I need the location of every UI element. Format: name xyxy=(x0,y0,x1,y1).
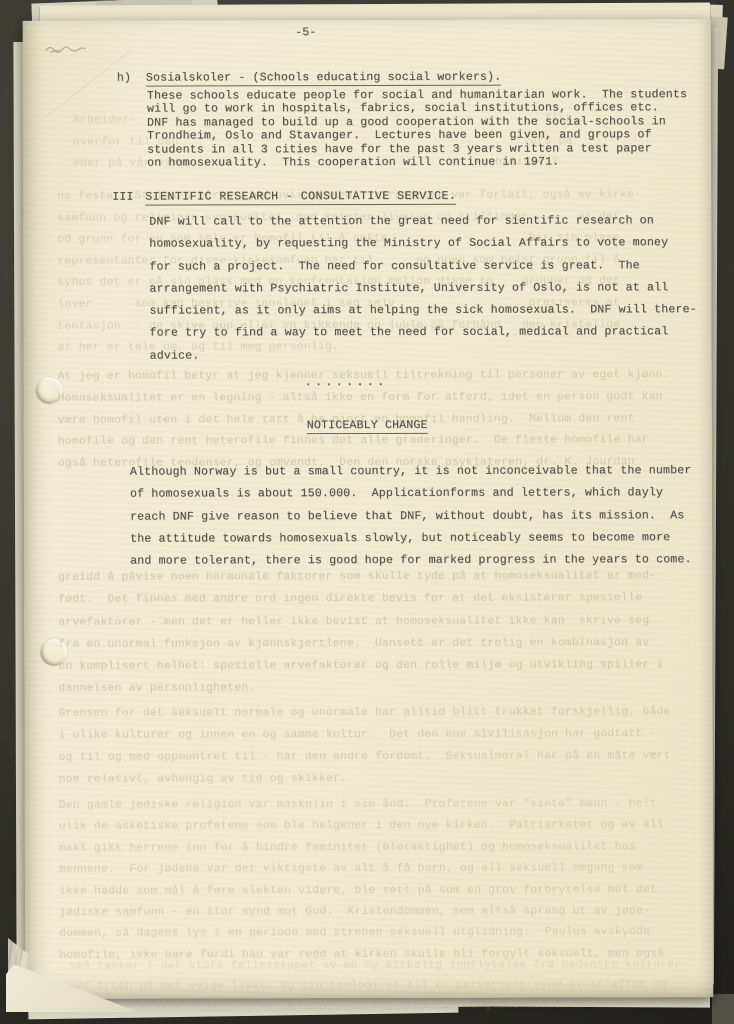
closing-heading: NOTICEABLY CHANGE xyxy=(307,419,428,432)
document-page: Arbeider- fikk overfor til den vera på e… xyxy=(23,19,714,999)
page-number: -5- xyxy=(278,26,334,39)
table-surface-corner xyxy=(712,994,734,1024)
section-h-body: These schools educate people for social … xyxy=(147,88,687,170)
section-iii-label: III xyxy=(112,191,133,204)
closing-body: Although Norway is but a small country, … xyxy=(130,460,692,573)
bleed-through-paragraph: Grensen for det seksuelt normale og unor… xyxy=(59,701,671,791)
bleed-through-paragraph: små tanker i det store fellesskapet av e… xyxy=(69,955,681,1017)
bleed-through-paragraph: greidd å påvise noen hormonale faktorer … xyxy=(58,565,663,700)
separator-dots: ........ xyxy=(305,376,388,389)
section-iii-heading-text: SIENTIFIC RESEARCH - CONSULTATIVE SERVIC… xyxy=(145,190,456,206)
pencil-mark xyxy=(45,45,91,55)
section-iii-heading: SIENTIFIC RESEARCH - CONSULTATIVE SERVIC… xyxy=(145,190,456,204)
section-h-heading: Sosialskoler - (Schools educating social… xyxy=(146,71,501,85)
section-h-label: h) xyxy=(117,72,131,85)
section-iii-body: DNF will call to the attention the great… xyxy=(149,210,697,368)
closing-heading-text: NOTICEABLY CHANGE xyxy=(307,419,428,434)
bleed-through-paragraph: Den gamle jødiske religion var maskulin … xyxy=(59,794,665,967)
photo-scene: Arbeider- fikk overfor til den vera på e… xyxy=(0,0,734,1024)
section-h-heading-text: Sosialskoler - (Schools educating social… xyxy=(146,71,501,87)
